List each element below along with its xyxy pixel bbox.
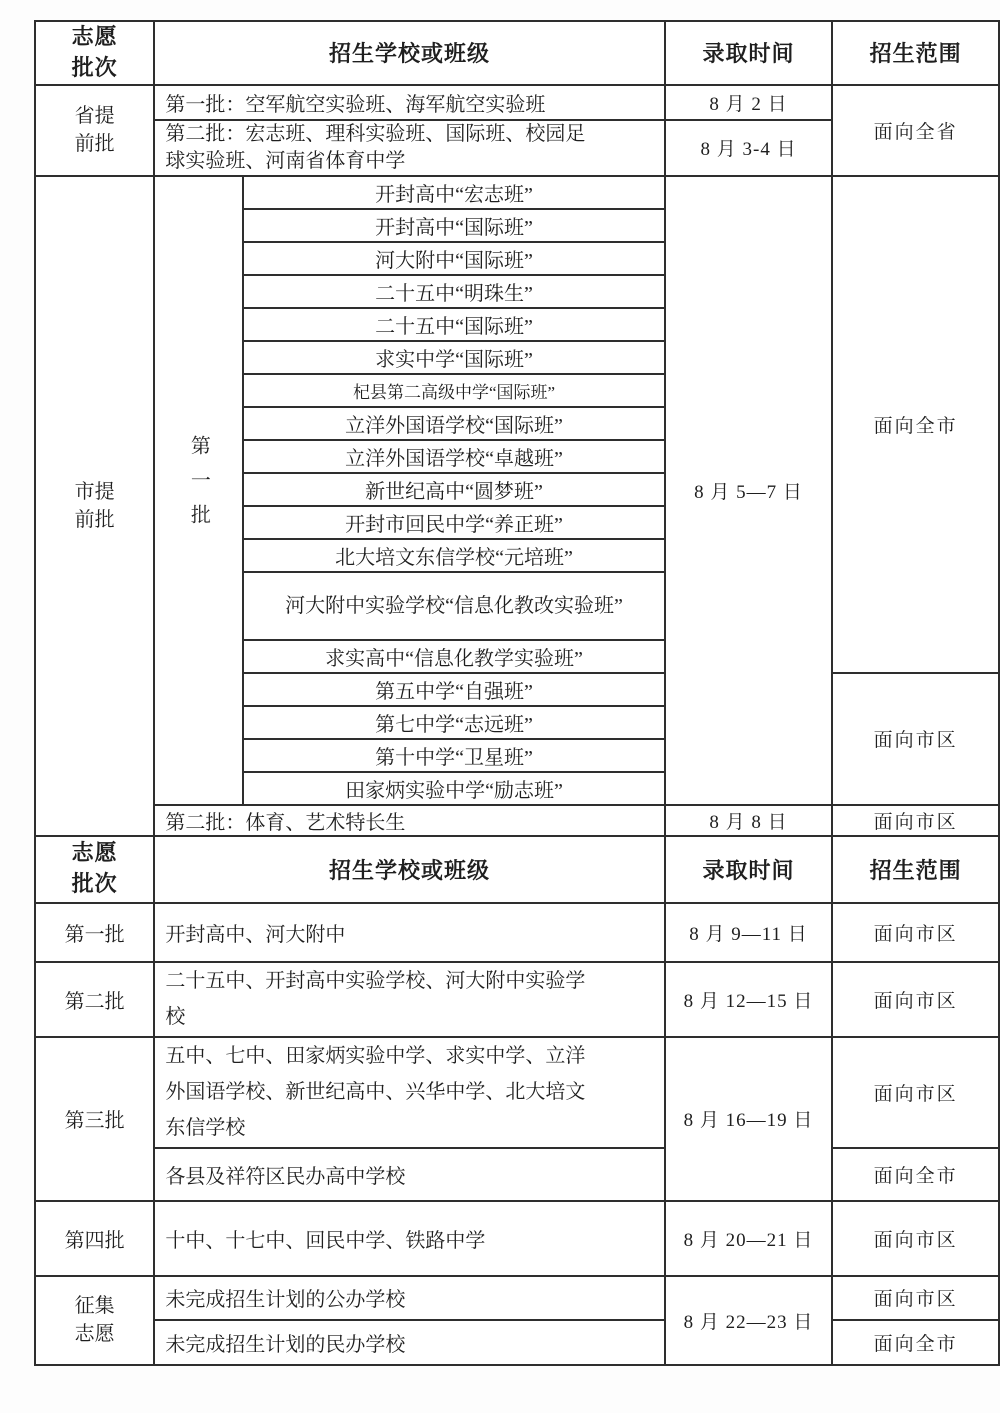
city-school-4: 二十五中“国际班” (243, 308, 664, 341)
admission-schedule-table: 志愿批次 招生学校或班级 录取时间 招生范围 省提前批 第一批：空军航空实验班、… (34, 20, 1000, 1366)
provincial-row1-school: 第一批：空军航空实验班、海军航空实验班 (154, 85, 664, 120)
batch1-scope: 面向市区 (832, 903, 999, 962)
provincial-row-1: 省提前批 第一批：空军航空实验班、海军航空实验班 8 月 2 日 面向全省 (35, 85, 999, 120)
batch4-row: 第四批 十中、十七中、回民中学、铁路中学 8 月 20—21 日 面向市区 (35, 1201, 999, 1276)
batch3-scope-city: 面向全市 (832, 1148, 999, 1201)
city-school-10: 开封市回民中学“养正班” (243, 506, 664, 539)
city-school-9: 新世纪高中“圆梦班” (243, 473, 664, 506)
city-school-17: 田家炳实验中学“励志班” (243, 772, 664, 805)
batch3-row-1: 第三批 五中、七中、田家炳实验中学、求实中学、立洋外国语学校、新世纪高中、兴华中… (35, 1037, 999, 1148)
header2-school: 招生学校或班级 (154, 836, 664, 903)
provincial-row1-time: 8 月 2 日 (665, 85, 833, 120)
city-batch-cell: 市提前批 (35, 176, 154, 836)
batch3-school: 五中、七中、田家炳实验中学、求实中学、立洋外国语学校、新世纪高中、兴华中学、北大… (154, 1037, 664, 1148)
city-school-0: 开封高中“宏志班” (243, 176, 664, 209)
city-scope-whole: 面向全市 (832, 176, 999, 673)
city-second-batch-row: 第二批：体育、艺术特长生 8 月 8 日 面向市区 (35, 805, 999, 836)
batch4-label: 第四批 (35, 1201, 154, 1276)
provincial-batch-label: 省提前批 (73, 102, 117, 158)
batch4-scope: 面向市区 (832, 1201, 999, 1276)
solicit-school-private: 未完成招生计划的民办学校 (154, 1320, 664, 1365)
city-school-7: 立洋外国语学校“国际班” (243, 407, 664, 440)
header-row-middle: 志愿批次 招生学校或班级 录取时间 招生范围 (35, 836, 999, 903)
header2-batch: 志愿批次 (35, 836, 154, 903)
solicit-school-public: 未完成招生计划的公办学校 (154, 1276, 664, 1320)
city-sub-batch-label: 第一批 (184, 435, 213, 538)
batch4-school: 十中、十七中、回民中学、铁路中学 (154, 1201, 664, 1276)
batch1-time: 8 月 9—11 日 (665, 903, 833, 962)
city-school-1: 开封高中“国际班” (243, 209, 664, 242)
solicit-label: 征集志愿 (35, 1276, 154, 1365)
city-sub-batch-cell: 第一批 (154, 176, 243, 805)
batch3-row-2: 各县及祥符区民办高中学校 面向全市 (35, 1148, 999, 1201)
header-scope: 招生范围 (832, 21, 999, 85)
city-school-3: 二十五中“明珠生” (243, 275, 664, 308)
city-second-batch-time: 8 月 8 日 (665, 805, 833, 836)
batch2-scope: 面向市区 (832, 962, 999, 1037)
solicit-row-1: 征集志愿 未完成招生计划的公办学校 8 月 22—23 日 面向市区 (35, 1276, 999, 1320)
solicit-row-2: 未完成招生计划的民办学校 面向全市 (35, 1320, 999, 1365)
city-school-13: 求实高中“信息化教学实验班” (243, 640, 664, 673)
city-second-batch-scope: 面向市区 (832, 805, 999, 836)
city-school-14: 第五中学“自强班” (243, 673, 664, 706)
header-school: 招生学校或班级 (154, 21, 664, 85)
batch3-time: 8 月 16—19 日 (665, 1037, 833, 1201)
batch2-row: 第二批 二十五中、开封高中实验学校、河大附中实验学校 8 月 12—15 日 面… (35, 962, 999, 1037)
batch3-scope-urban: 面向市区 (832, 1037, 999, 1148)
city-school-6: 杞县第二高级中学“国际班” (243, 374, 664, 407)
city-batch-label: 市提前批 (73, 478, 117, 534)
city-school-15: 第七中学“志远班” (243, 706, 664, 739)
header-batch-label: 志愿批次 (70, 22, 118, 84)
header2-batch-label: 志愿批次 (70, 838, 118, 900)
batch3-school2: 各县及祥符区民办高中学校 (154, 1148, 664, 1201)
provincial-scope: 面向全省 (832, 85, 999, 176)
solicit-scope-urban: 面向市区 (832, 1276, 999, 1320)
solicit-scope-city: 面向全市 (832, 1320, 999, 1365)
provincial-batch-cell: 省提前批 (35, 85, 154, 176)
solicit-time: 8 月 22—23 日 (665, 1276, 833, 1365)
city-time: 8 月 5—7 日 (665, 176, 833, 805)
header2-time: 录取时间 (665, 836, 833, 903)
city-school-11: 北大培文东信学校“元培班” (243, 539, 664, 572)
city-second-batch-school: 第二批：体育、艺术特长生 (154, 805, 664, 836)
batch1-school: 开封高中、河大附中 (154, 903, 664, 962)
header-row-top: 志愿批次 招生学校或班级 录取时间 招生范围 (35, 21, 999, 85)
city-school-12: 河大附中实验学校“信息化教改实验班” (243, 572, 664, 640)
provincial-row2-school: 第二批：宏志班、理科实验班、国际班、校园足球实验班、河南省体育中学 (154, 120, 664, 176)
batch1-label: 第一批 (35, 903, 154, 962)
city-school-5: 求实中学“国际班” (243, 341, 664, 374)
batch2-label: 第二批 (35, 962, 154, 1037)
batch3-label: 第三批 (35, 1037, 154, 1201)
city-school-8: 立洋外国语学校“卓越班” (243, 440, 664, 473)
header-time: 录取时间 (665, 21, 833, 85)
header2-scope: 招生范围 (832, 836, 999, 903)
header-batch: 志愿批次 (35, 21, 154, 85)
city-school-row: 市提前批 第一批 开封高中“宏志班” 8 月 5—7 日 面向全市 (35, 176, 999, 209)
city-school-2: 河大附中“国际班” (243, 242, 664, 275)
batch2-time: 8 月 12—15 日 (665, 962, 833, 1037)
city-school-16: 第十中学“卫星班” (243, 739, 664, 772)
provincial-row2-time: 8 月 3-4 日 (665, 120, 833, 176)
batch2-school: 二十五中、开封高中实验学校、河大附中实验学校 (154, 962, 664, 1037)
batch1-row: 第一批 开封高中、河大附中 8 月 9—11 日 面向市区 (35, 903, 999, 962)
city-scope-urban: 面向市区 (832, 673, 999, 805)
batch4-time: 8 月 20—21 日 (665, 1201, 833, 1276)
